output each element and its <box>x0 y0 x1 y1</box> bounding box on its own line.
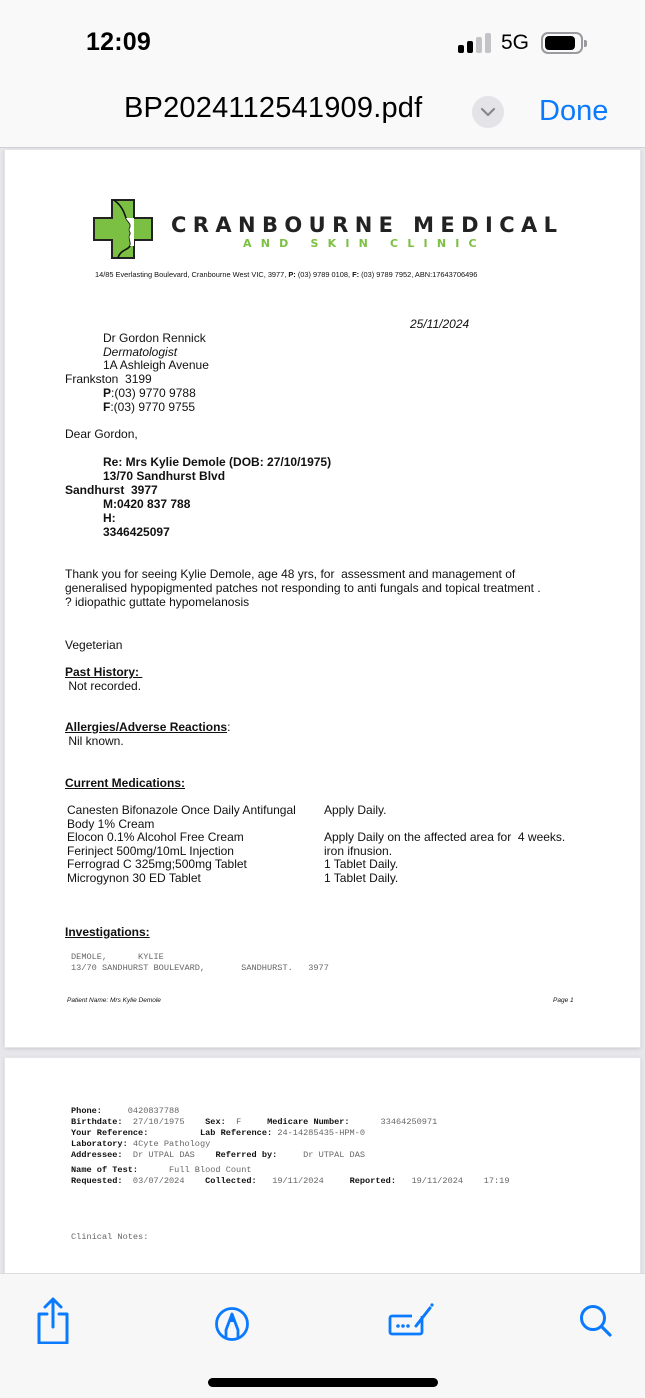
lab-row-reference: Your Reference: Lab Reference: 24-142854… <box>71 1128 365 1139</box>
addressee-value: Dr UTPAL DAS <box>133 1150 195 1160</box>
pdf-page-2: Phone: 0420837788 Birthdate: 27/10/1975 … <box>5 1058 640 1298</box>
medication-name: Body 1% Cream <box>67 817 154 831</box>
recipient-phone-label: P <box>103 386 111 400</box>
chevron-down-icon[interactable] <box>472 96 504 128</box>
reported-value: 19/11/2024 <box>411 1176 463 1186</box>
phone-label: P: <box>288 270 295 279</box>
lab-row-test: Name of Test: Full Blood Count <box>71 1165 252 1176</box>
requested-value: 03/07/2024 <box>133 1176 185 1186</box>
medicare-value: 33464250971 <box>381 1117 438 1127</box>
search-button[interactable] <box>573 1294 623 1344</box>
share-button[interactable] <box>28 1294 78 1344</box>
collected-label: Collected: <box>205 1176 257 1186</box>
past-history-heading: Past History: <box>65 665 142 679</box>
sex-label: Sex: <box>205 1117 226 1127</box>
reported-time: 17:19 <box>484 1176 510 1186</box>
lab-row-birthdate: Birthdate: 27/10/1975 Sex: F Medicare Nu… <box>71 1117 437 1128</box>
medications-heading: Current Medications: <box>65 776 185 790</box>
share-icon <box>28 1294 78 1344</box>
bottom-toolbar <box>0 1273 645 1398</box>
clinic-subtitle: AND SKIN CLINIC <box>243 237 486 250</box>
investigations-line-2: 13/70 SANDHURST BOULEVARD, SANDHURST. 39… <box>71 963 329 974</box>
lab-row-addressee: Addressee: Dr UTPAL DAS Referred by: Dr … <box>71 1150 365 1161</box>
signature-button[interactable] <box>386 1294 440 1344</box>
pdf-viewer-screen: 12:09 5G BP2024112541909.pdf Done CRANBO… <box>0 0 645 1398</box>
investigations-line-1: DEMOLE, KYLIE <box>71 952 164 963</box>
recipient-suburb: Frankston 3199 <box>65 372 152 386</box>
re-line-6: 3346425097 <box>103 525 170 539</box>
pdf-page-1: CRANBOURNE MEDICAL AND SKIN CLINIC 14/85… <box>5 150 640 1047</box>
test-name-label: Name of Test: <box>71 1165 138 1175</box>
footer-patient-name: Patient Name: Mrs Kylie Demole <box>67 997 161 1004</box>
top-bar: 12:09 5G BP2024112541909.pdf Done <box>0 0 645 148</box>
clinic-address: 14/85 Everlasting Boulevard, Cranbourne … <box>95 270 477 279</box>
body-line-3: ? idiopathic guttate hypomelanosis <box>65 595 249 609</box>
past-history-value: Not recorded. <box>65 679 141 693</box>
diet-note: Vegeterian <box>65 638 122 652</box>
clinic-logo-cross-icon <box>92 198 154 260</box>
birthdate-value: 27/10/1975 <box>133 1117 185 1127</box>
collected-value: 19/11/2024 <box>272 1176 324 1186</box>
medication-name: Elocon 0.1% Alcohol Free Cream <box>67 830 244 844</box>
medication-name: Ferinject 500mg/10mL Injection <box>67 844 234 858</box>
referred-by-label: Referred by: <box>215 1150 277 1160</box>
phone-label: Phone: <box>71 1106 102 1116</box>
birthdate-label: Birthdate: <box>71 1117 123 1127</box>
re-line-4: M:0420 837 788 <box>103 497 190 511</box>
re-line-1: Re: Mrs Kylie Demole (DOB: 27/10/1975) <box>103 455 331 469</box>
medication-instructions: 1 Tablet Daily. <box>324 857 398 871</box>
sex-value: F <box>236 1117 241 1127</box>
re-line-2: 13/70 Sandhurst Blvd <box>103 469 225 483</box>
fax-label: F: <box>352 270 359 279</box>
signature-icon <box>386 1294 440 1344</box>
medication-instructions: Apply Daily on the affected area for 4 w… <box>324 830 565 844</box>
signal-strength-icon <box>458 33 492 53</box>
footer-page-number: Page 1 <box>553 997 574 1004</box>
fax-text: (03) 9789 7952, ABN:17643706496 <box>359 270 477 279</box>
recipient-phone-value: :(03) 9770 9788 <box>111 386 196 400</box>
allergies-heading: Allergies/Adverse Reactions: <box>65 720 230 734</box>
lab-row-phone: Phone: 0420837788 <box>71 1106 179 1117</box>
re-line-3: Sandhurst 3977 <box>65 483 158 497</box>
medication-instructions: iron ifnusion. <box>324 844 392 858</box>
letter-date: 25/11/2024 <box>410 317 469 331</box>
phone-value: 0420837788 <box>128 1106 180 1116</box>
body-line-2: generalised hypopigmented patches not re… <box>65 581 541 595</box>
address-text: 14/85 Everlasting Boulevard, Cranbourne … <box>95 270 288 279</box>
clinical-notes-label: Clinical Notes: <box>71 1232 148 1243</box>
re-line-5: H: <box>103 511 116 525</box>
markup-button[interactable] <box>207 1294 257 1344</box>
recipient-name: Dr Gordon Rennick <box>103 331 206 345</box>
medication-name: Microgynon 30 ED Tablet <box>67 871 201 885</box>
markup-pen-icon <box>207 1294 257 1344</box>
recipient-street: 1A Ashleigh Avenue <box>103 358 209 372</box>
addressee-label: Addressee: <box>71 1150 123 1160</box>
recipient-fax-value: :(03) 9770 9755 <box>110 400 195 414</box>
laboratory-label: Laboratory: <box>71 1139 128 1149</box>
search-icon <box>573 1294 623 1344</box>
lab-reference-value: 24-14285435-HPM-0 <box>277 1128 365 1138</box>
phone-text: (03) 9789 0108, <box>296 270 352 279</box>
recipient-title: Dermatologist <box>103 345 177 359</box>
laboratory-value: 4Cyte Pathology <box>133 1139 210 1149</box>
medicare-label: Medicare Number: <box>267 1117 350 1127</box>
reported-label: Reported: <box>350 1176 396 1186</box>
clinic-name: CRANBOURNE MEDICAL <box>171 213 563 237</box>
medication-instructions: Apply Daily. <box>324 803 386 817</box>
lab-row-dates: Requested: 03/07/2024 Collected: 19/11/2… <box>71 1176 509 1187</box>
network-type: 5G <box>501 31 529 55</box>
recipient-phone: P:(03) 9770 9788 <box>103 386 196 400</box>
salutation: Dear Gordon, <box>65 427 138 441</box>
requested-label: Requested: <box>71 1176 123 1186</box>
your-reference-label: Your Reference: <box>71 1128 148 1138</box>
lab-row-laboratory: Laboratory: 4Cyte Pathology <box>71 1139 210 1150</box>
investigations-heading: Investigations: <box>65 925 150 939</box>
allergies-value: Nil known. <box>65 734 124 748</box>
allergies-colon: : <box>227 720 230 734</box>
recipient-fax: F:(03) 9770 9755 <box>103 400 195 414</box>
lab-reference-label: Lab Reference: <box>200 1128 272 1138</box>
document-title[interactable]: BP2024112541909.pdf <box>124 92 422 125</box>
medication-name: Canesten Bifonazole Once Daily Antifunga… <box>67 803 296 817</box>
allergies-heading-text: Allergies/Adverse Reactions <box>65 720 227 734</box>
test-name-value: Full Blood Count <box>169 1165 252 1175</box>
body-line-1: Thank you for seeing Kylie Demole, age 4… <box>65 567 515 581</box>
status-time: 12:09 <box>86 28 151 57</box>
referred-by-value: Dr UTPAL DAS <box>303 1150 365 1160</box>
medication-name: Ferrograd C 325mg;500mg Tablet <box>67 857 247 871</box>
home-indicator[interactable] <box>208 1378 438 1387</box>
medication-instructions: 1 Tablet Daily. <box>324 871 398 885</box>
battery-icon <box>541 32 583 54</box>
done-button[interactable]: Done <box>539 95 608 128</box>
